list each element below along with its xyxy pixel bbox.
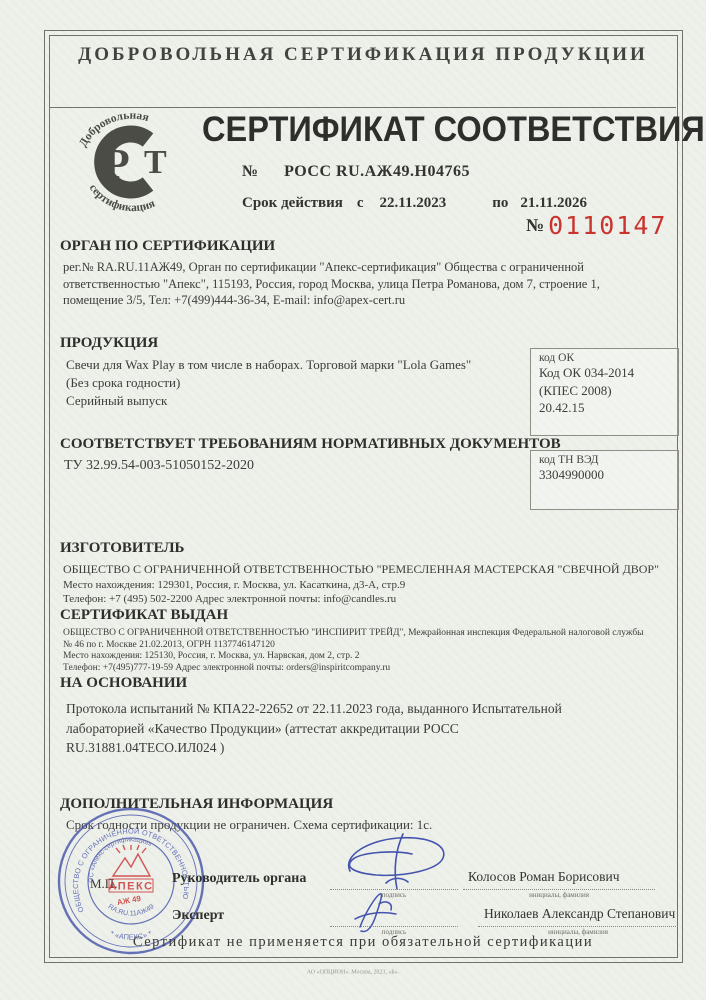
issued-heading: СЕРТИФИКАТ ВЫДАН — [60, 607, 228, 624]
ok-code-label: код ОК — [539, 352, 670, 364]
ok-code-line: (КПЕС 2008) — [539, 382, 670, 400]
ok-code-line: 20.42.15 — [539, 399, 670, 417]
certificate-title: СЕРТИФИКАТ СООТВЕТСТВИЯ — [202, 110, 705, 150]
product-line: Свечи для Wax Play в том числе в наборах… — [66, 356, 471, 374]
expert-sign-line — [330, 926, 458, 927]
org-line: рег.№ RA.RU.11АЖ49, Орган по сертификаци… — [63, 259, 600, 276]
reg-number-label: № — [242, 163, 258, 180]
validity-to-date: 21.11.2026 — [520, 195, 587, 211]
head-sign-line — [330, 889, 458, 890]
manufacturer-heading: ИЗГОТОВИТЕЛЬ — [60, 540, 184, 557]
manufacturer-line: Телефон: +7 (495) 502-2200 Адрес электро… — [63, 591, 396, 608]
stamp-mountain-icon — [113, 845, 150, 876]
issued-line: Место нахождения: 125130, Россия, г. Мос… — [63, 651, 644, 663]
issued-text: ОБЩЕСТВО С ОГРАНИЧЕННОЙ ОТВЕТСТВЕННОСТЬЮ… — [63, 628, 644, 674]
tnved-code-box: код ТН ВЭД 3304990000 — [530, 450, 679, 510]
head-signature — [336, 831, 451, 893]
basis-heading: НА ОСНОВАНИИ — [60, 675, 187, 692]
reg-number-row: №РОСС RU.АЖ49.Н04765 — [242, 163, 470, 181]
tnved-code-value: 3304990000 — [539, 466, 670, 484]
validity-from-label: с — [357, 195, 364, 211]
compliance-heading: СООТВЕТСТВУЕТ ТРЕБОВАНИЯМ НОРМАТИВНЫХ ДО… — [60, 436, 561, 453]
stamp-inner-bottom-text: RA.RU.11АЖ49 — [106, 903, 155, 917]
product-line: Серийный выпуск — [66, 392, 471, 410]
org-line: ответственностью "Апекс", 115193, Россия… — [63, 276, 600, 293]
expert-role-label: Эксперт — [172, 908, 224, 924]
head-role-label: Руководитель органа — [172, 871, 306, 887]
printer-imprint: АО «ОПЦИОН». Москва, 2023, «Б». — [53, 969, 653, 976]
issued-line: № 46 по г. Москве 21.02.2013, ОГРН 11377… — [63, 640, 644, 652]
expert-name-line — [478, 926, 678, 927]
tnved-code-label: код ТН ВЭД — [539, 454, 670, 466]
issued-line: ОБЩЕСТВО С ОГРАНИЧЕННОЙ ОТВЕТСТВЕННОСТЬЮ… — [63, 628, 644, 640]
validity-from-date: 22.11.2023 — [380, 195, 447, 211]
blank-number-label: № — [526, 215, 544, 235]
stamp-center-name: АПЕКС — [108, 881, 153, 893]
org-text: рег.№ RA.RU.11АЖ49, Орган по сертификаци… — [63, 259, 600, 309]
rst-logo: Добровольная сертификация Р Т — [64, 98, 199, 218]
org-heading: ОРГАН ПО СЕРТИФИКАЦИИ — [60, 238, 275, 255]
head-name-caption: инициалы, фамилия — [463, 891, 655, 899]
basis-text: Протокола испытаний № КПА22-22652 от 22.… — [66, 699, 562, 758]
stamp-center-code: АЖ 49 — [116, 894, 142, 907]
head-name-line — [463, 889, 655, 890]
head-name: Колосов Роман Борисович — [468, 869, 620, 885]
ok-code-box: код ОК Код ОК 034-2014 (КПЕС 2008) 20.42… — [530, 348, 679, 436]
product-line: (Без срока годности) — [66, 374, 471, 392]
validity-label: Срок действия — [242, 195, 343, 211]
blank-number-row: № 0110147 — [526, 211, 667, 240]
validity-row: Срок действияс22.11.2023по21.11.2026 — [242, 195, 587, 212]
validity-to-label: по — [492, 195, 508, 211]
issued-line: Телефон: +7(495)777-19-59 Адрес электрон… — [63, 663, 644, 675]
product-text: Свечи для Wax Play в том числе в наборах… — [66, 356, 471, 410]
basis-line: RU.31881.04ТЕСО.ИЛ024 ) — [66, 738, 562, 758]
manufacturer-line: ОБЩЕСТВО С ОГРАНИЧЕННОЙ ОТВЕТСТВЕННОСТЬЮ… — [63, 561, 659, 578]
rst-logo-icon: Добровольная сертификация Р Т — [64, 98, 199, 218]
compliance-value: ТУ 32.99.54-003-51050152-2020 — [64, 458, 254, 475]
ok-code-line: Код ОК 034-2014 — [539, 364, 670, 382]
logo-letter-p: Р — [104, 142, 130, 188]
blank-number-value: 0110147 — [548, 211, 667, 240]
basis-line: лабораторией «Качество Продукции» (аттес… — [66, 719, 562, 739]
reg-number-value: РОСС RU.АЖ49.Н04765 — [284, 163, 470, 180]
basis-line: Протокола испытаний № КПА22-22652 от 22.… — [66, 699, 562, 719]
logo-letter-t: Т — [144, 144, 167, 181]
product-heading: ПРОДУКЦИЯ — [60, 335, 158, 352]
svg-text:RA.RU.11АЖ49: RA.RU.11АЖ49 — [106, 903, 155, 917]
head-signature-icon — [336, 831, 451, 893]
expert-name: Николаев Александр Степанович — [484, 906, 675, 922]
bottom-note: Сертификат не применяется при обязательн… — [50, 934, 676, 951]
org-line: помещение 3/5, Тел: +7(499)444-36-34, E-… — [63, 292, 600, 309]
header-band-title: ДОБРОВОЛЬНАЯ СЕРТИФИКАЦИЯ ПРОДУКЦИИ — [50, 44, 676, 66]
